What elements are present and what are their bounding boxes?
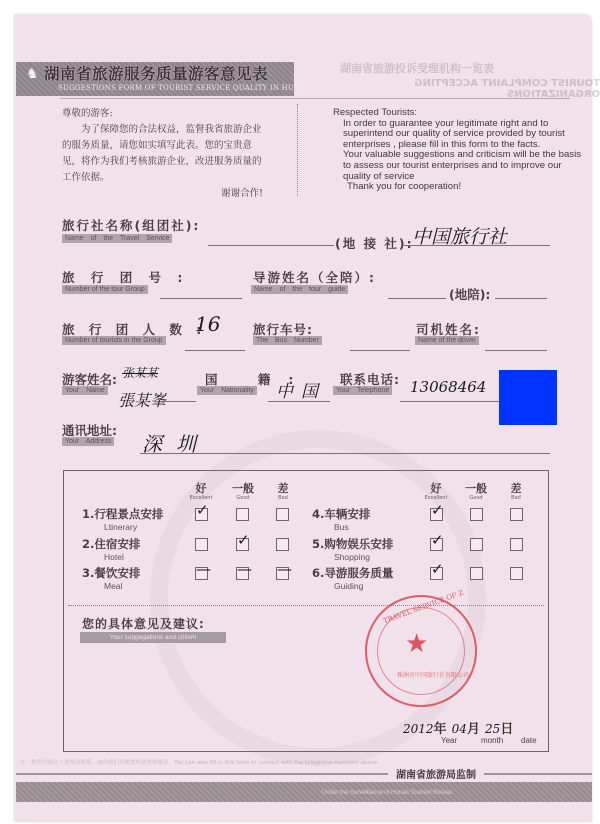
intro-english: Respected Tourists: In order to guarante… bbox=[333, 108, 583, 193]
official-seal: TRAVEL SERVICE OF Z ★ 株洲市中国旅行社有限公司 bbox=[365, 595, 477, 707]
rating-label: 6.导游服务质量 bbox=[312, 565, 393, 581]
intro-para2-en: Your valuable suggestions and criticism … bbox=[333, 150, 583, 182]
intro-chinese: 尊敬的游客: 为了保障您的合法权益，监督我省旅游企业的服务质量，请您如实填写此表… bbox=[62, 106, 267, 202]
date-month-value: 04 bbox=[452, 722, 467, 736]
intro-divider bbox=[297, 104, 298, 196]
bus-number-label-en: The Bus Number bbox=[253, 336, 322, 345]
rating-checkbox-excellent[interactable] bbox=[195, 538, 208, 551]
driver-field[interactable] bbox=[485, 350, 547, 351]
rating-label: 2.住宿安排 bbox=[82, 536, 140, 552]
bleed-through-subtitle: TOURIST COMPLAINT ACCEPTING ORGANIZATION… bbox=[340, 78, 600, 100]
tourist-name-label-en: Your Name bbox=[62, 386, 108, 395]
check-mark-icon: ✓ bbox=[431, 503, 444, 518]
tour-group-label: 旅 行 团 号 : bbox=[62, 268, 188, 286]
rating-checkbox-good[interactable] bbox=[470, 538, 483, 551]
bleed-through-title: 湖南省旅游投诉受理机构一览表 bbox=[340, 60, 494, 76]
nationality-value: 中国 bbox=[276, 377, 326, 402]
rating-label: 5.购物娱乐安排 bbox=[312, 536, 393, 552]
intro-thanks-en: Thank you for cooperation! bbox=[333, 182, 583, 193]
rating-label-en: Meal bbox=[104, 581, 122, 591]
travel-service-label-en: Name of the Travel Service bbox=[62, 234, 172, 243]
rating-checkbox-bad[interactable] bbox=[276, 538, 289, 551]
rating-checkbox-good[interactable] bbox=[470, 508, 483, 521]
rating-checkbox-bad[interactable] bbox=[510, 508, 523, 521]
date-day-value: 25 bbox=[485, 722, 500, 736]
check-mark-icon: ✓ bbox=[237, 533, 250, 548]
date-year-value: 2012 bbox=[403, 722, 434, 736]
issuer-label-en: Under the Surveillance of Hunan Tourism … bbox=[322, 790, 452, 796]
group-size-value: 16 bbox=[195, 312, 220, 336]
rating-checkbox-good[interactable] bbox=[236, 508, 249, 521]
tourist-name-struck: 张某某 bbox=[122, 364, 158, 381]
tour-group-label-en: Number of the tour Group bbox=[62, 285, 148, 294]
guide-label-en: Name of the tour guide bbox=[251, 285, 348, 294]
tourist-name-value: 張某峯 bbox=[118, 388, 166, 411]
rating-label-en: Guiding bbox=[334, 581, 363, 591]
scale-bad-left: 差Bad bbox=[265, 480, 301, 501]
scale-excellent-right: 好Excellent bbox=[418, 480, 454, 501]
rating-label: 4.车辆安排 bbox=[312, 506, 370, 522]
footer-rule bbox=[16, 773, 592, 775]
date-day-label: date bbox=[521, 736, 537, 745]
issuer-label: 湖南省旅游局监制 bbox=[388, 766, 484, 781]
telephone-label-en: Your Telephone bbox=[333, 386, 392, 395]
date-year-label: Year bbox=[441, 736, 457, 745]
rating-checkbox-bad[interactable] bbox=[510, 567, 523, 580]
local-guide-field[interactable] bbox=[495, 298, 547, 299]
scale-excellent-left: 好Excellent bbox=[183, 480, 219, 501]
footer-note: 注：您也可通过上述电话联系，或向我们反映您的意见和建议。You can also… bbox=[20, 758, 590, 766]
rating-label-en: Ltinerary bbox=[104, 522, 137, 532]
rating-checkbox-good[interactable] bbox=[470, 567, 483, 580]
check-mark-icon: — bbox=[277, 562, 292, 577]
guide-field[interactable] bbox=[388, 298, 446, 299]
suggestions-label: 您的具体意见及建议: bbox=[82, 615, 205, 632]
intro-body-zh: 为了保障您的合法权益，监督我省旅游企业的服务质量，请您如实填写此表。您的宝贵意见… bbox=[62, 122, 267, 186]
local-agency-value: 中国旅行社 bbox=[412, 222, 507, 249]
group-size-field[interactable] bbox=[185, 350, 245, 351]
suggestions-field[interactable] bbox=[80, 650, 360, 720]
local-agency-label: (地 接 社): bbox=[335, 234, 414, 252]
suggestions-label-en: Your suggegations and critism bbox=[80, 632, 226, 643]
date-row: 2012年 04月 25日 bbox=[403, 718, 513, 737]
rating-checkbox-bad[interactable] bbox=[276, 508, 289, 521]
horse-icon: ♞ bbox=[26, 66, 39, 82]
scale-good-left: 一般Good bbox=[225, 480, 261, 501]
group-size-label-en: Number of tourists in the Group bbox=[62, 336, 166, 345]
star-icon: ★ bbox=[405, 629, 428, 659]
rating-checkbox-bad[interactable] bbox=[510, 538, 523, 551]
check-mark-icon: ✓ bbox=[431, 562, 444, 577]
tour-group-field[interactable] bbox=[160, 298, 242, 299]
guide-label: 导游姓名（全陪）: bbox=[253, 268, 376, 286]
intro-thanks-zh: 谢谢合作! bbox=[62, 186, 267, 202]
address-field[interactable] bbox=[140, 453, 550, 454]
intro-greeting-en: Respected Tourists: bbox=[333, 108, 583, 119]
travel-service-label: 旅行社名称(组团社): bbox=[62, 216, 200, 234]
rating-label: 3.餐饮安排 bbox=[82, 565, 140, 581]
date-month-label: month bbox=[481, 736, 503, 745]
bus-number-field[interactable] bbox=[350, 350, 410, 351]
local-guide-label: (地陪): bbox=[449, 285, 490, 303]
check-mark-icon: — bbox=[237, 562, 252, 577]
address-label-en: Your Address bbox=[62, 437, 114, 446]
footer-band bbox=[16, 782, 592, 802]
rating-label-en: Bus bbox=[334, 522, 349, 532]
nationality-field[interactable] bbox=[268, 401, 330, 402]
section-divider bbox=[68, 605, 544, 606]
tourist-name-field[interactable] bbox=[160, 401, 196, 402]
rating-label-en: Hotel bbox=[104, 552, 124, 562]
form-title-en: SUGGESTIONS FORM OF TOURIST SERVICE QUAL… bbox=[58, 84, 300, 92]
form-title: 湖南省旅游服务质量游客意见表 bbox=[44, 62, 268, 84]
scale-good-right: 一般Good bbox=[458, 480, 494, 501]
check-mark-icon: — bbox=[196, 562, 211, 577]
check-mark-icon: ✓ bbox=[431, 533, 444, 548]
rating-label: 1.行程景点安排 bbox=[82, 506, 163, 522]
seal-text-zh: 株洲市中国旅行社有限公司 bbox=[397, 670, 469, 679]
intro-para1-en: In order to guarantee your legitimate ri… bbox=[333, 119, 583, 151]
driver-label-en: Name of the driver bbox=[415, 336, 479, 345]
travel-service-field[interactable] bbox=[208, 245, 334, 246]
telephone-redaction bbox=[499, 370, 557, 425]
scale-bad-right: 差Bad bbox=[498, 480, 534, 501]
telephone-value: 13068464 bbox=[410, 378, 486, 396]
nationality-label-en: Your Nationality bbox=[197, 386, 257, 395]
intro-greeting-zh: 尊敬的游客: bbox=[62, 106, 267, 122]
rating-label-en: Shopping bbox=[334, 552, 370, 562]
check-mark-icon: ✓ bbox=[196, 503, 209, 518]
